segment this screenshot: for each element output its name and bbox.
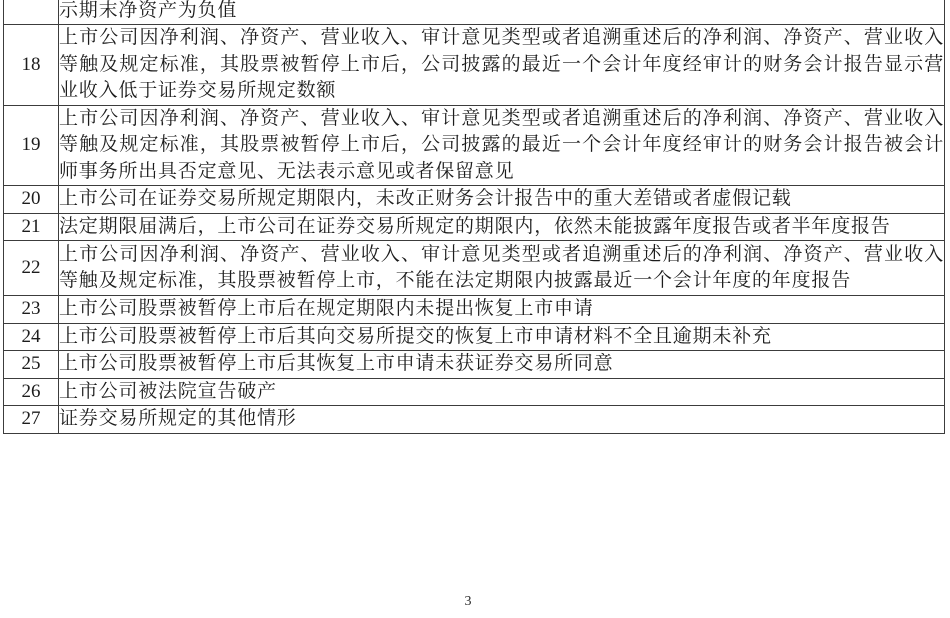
row-number-cell: 18 [4, 25, 59, 106]
row-number-cell [4, 0, 59, 25]
table-row: 26 上市公司被法院宣告破产 [4, 378, 945, 406]
row-number-cell: 22 [4, 241, 59, 296]
table-row-continuation: 示期末净资产为负值 [4, 0, 945, 25]
row-number-cell: 20 [4, 186, 59, 214]
row-text-cell: 上市公司股票被暂停上市后其恢复上市申请未获证券交易所同意 [59, 351, 945, 379]
row-text-cell: 上市公司股票被暂停上市后其向交易所提交的恢复上市申请材料不全且逾期未补充 [59, 323, 945, 351]
row-text-cell: 示期末净资产为负值 [59, 0, 945, 25]
row-text-cell: 上市公司因净利润、净资产、营业收入、审计意见类型或者追溯重述后的净利润、净资产、… [59, 25, 945, 106]
row-text-cell: 上市公司股票被暂停上市后在规定期限内未提出恢复上市申请 [59, 296, 945, 324]
row-text-cell: 上市公司在证券交易所规定期限内，未改正财务会计报告中的重大差错或者虚假记载 [59, 186, 945, 214]
row-number-cell: 19 [4, 105, 59, 186]
table-row: 24 上市公司股票被暂停上市后其向交易所提交的恢复上市申请材料不全且逾期未补充 [4, 323, 945, 351]
table-row: 20 上市公司在证券交易所规定期限内，未改正财务会计报告中的重大差错或者虚假记载 [4, 186, 945, 214]
table-row: 18 上市公司因净利润、净资产、营业收入、审计意见类型或者追溯重述后的净利润、净… [4, 25, 945, 106]
row-number-cell: 27 [4, 406, 59, 434]
table-row: 21 法定期限届满后，上市公司在证券交易所规定的期限内，依然未能披露年度报告或者… [4, 213, 945, 241]
row-text-cell: 法定期限届满后，上市公司在证券交易所规定的期限内，依然未能披露年度报告或者半年度… [59, 213, 945, 241]
delisting-conditions-table: 示期末净资产为负值 18 上市公司因净利润、净资产、营业收入、审计意见类型或者追… [3, 0, 945, 434]
row-number-cell: 23 [4, 296, 59, 324]
page-number: 3 [0, 594, 936, 610]
row-text-cell: 上市公司因净利润、净资产、营业收入、审计意见类型或者追溯重述后的净利润、净资产、… [59, 241, 945, 296]
row-text-cell: 上市公司因净利润、净资产、营业收入、审计意见类型或者追溯重述后的净利润、净资产、… [59, 105, 945, 186]
table-row: 22 上市公司因净利润、净资产、营业收入、审计意见类型或者追溯重述后的净利润、净… [4, 241, 945, 296]
row-number-cell: 26 [4, 378, 59, 406]
table-row: 23 上市公司股票被暂停上市后在规定期限内未提出恢复上市申请 [4, 296, 945, 324]
row-text-cell: 上市公司被法院宣告破产 [59, 378, 945, 406]
row-number-cell: 25 [4, 351, 59, 379]
table-row: 19 上市公司因净利润、净资产、营业收入、审计意见类型或者追溯重述后的净利润、净… [4, 105, 945, 186]
table-row: 25 上市公司股票被暂停上市后其恢复上市申请未获证券交易所同意 [4, 351, 945, 379]
row-number-cell: 24 [4, 323, 59, 351]
row-text-cell: 证券交易所规定的其他情形 [59, 406, 945, 434]
document-page: 示期末净资产为负值 18 上市公司因净利润、净资产、营业收入、审计意见类型或者追… [0, 0, 950, 618]
row-number-cell: 21 [4, 213, 59, 241]
table-row: 27 证券交易所规定的其他情形 [4, 406, 945, 434]
